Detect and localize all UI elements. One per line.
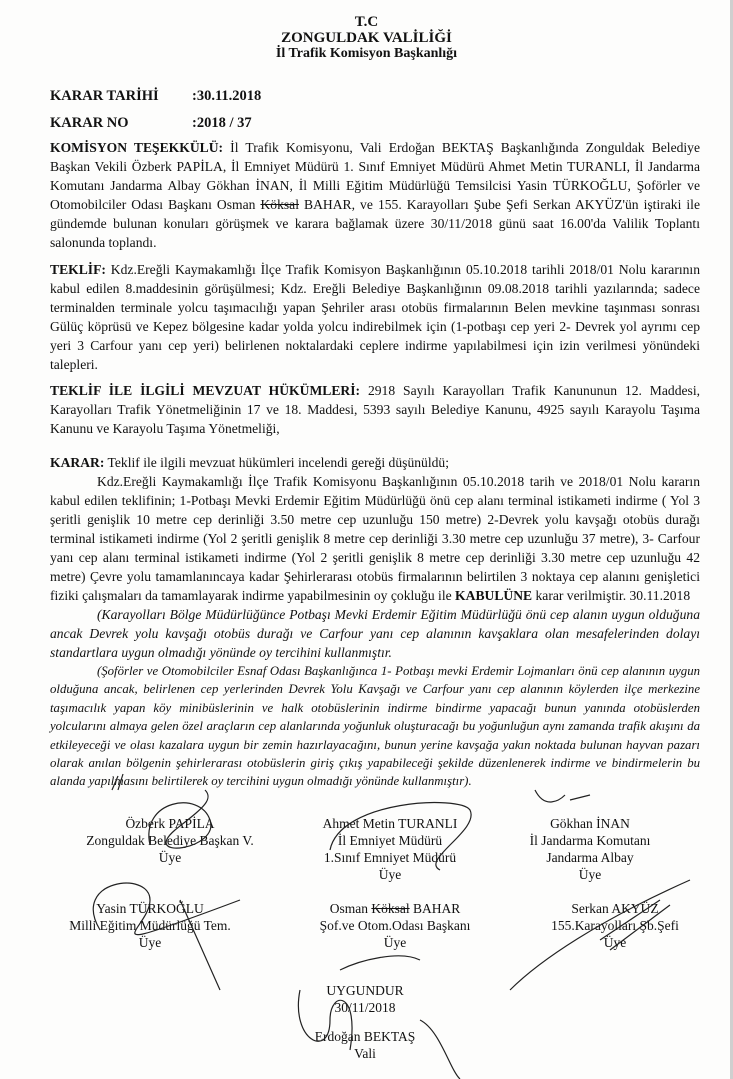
signature-block-turanli: Ahmet Metin TURANLI İl Emniyet Müdürü 1.…	[300, 815, 480, 883]
decision-date-label: KARAR TARİHİ	[50, 88, 192, 105]
legislation-section: TEKLİF İLE İLGİLİ MEVZUAT HÜKÜMLERİ: 291…	[50, 381, 700, 438]
decision-label: KARAR:	[50, 455, 104, 470]
signature-block-inan: Gökhan İNAN İl Jandarma Komutanı Jandarm…	[505, 815, 675, 883]
header-tc: T.C	[0, 14, 733, 31]
decision-number: KARAR NO:2018 / 37	[50, 115, 252, 132]
decision-body-text: Kdz.Ereğli Kaymakamlığı İlçe Trafik Komi…	[50, 474, 700, 603]
struck-name: Köksal	[371, 901, 409, 916]
dissent-note-highways: (Karayolları Bölge Müdürlüğünce Potbaşı …	[50, 605, 700, 662]
signature-block-akyuz: Serkan AKYÜZ 155.Karayolları Şb.Şefi Üye	[530, 900, 700, 951]
signer-name: Ahmet Metin TURANLI	[300, 815, 480, 832]
signer-role: Üye	[530, 934, 700, 951]
signer-name: Özberk PAPİLA	[70, 815, 270, 832]
header-governorship: ZONGULDAK VALİLİĞİ	[0, 30, 733, 47]
governor-title: Vali	[290, 1045, 440, 1062]
signature-block-turkoglu: Yasin TÜRKOĞLU Milli Eğitim Müdürlüğü Te…	[45, 900, 255, 951]
signature-block-bahar: Osman Köksal BAHAR Şof.ve Otom.Odası Baş…	[300, 900, 490, 951]
commission-section: KOMİSYON TEŞEKKÜLÜ: İl Trafik Komisyonu,…	[50, 138, 700, 252]
accepted-label: KABULÜNE	[455, 588, 532, 603]
signer-title: Milli Eğitim Müdürlüğü Tem.	[45, 917, 255, 934]
signer-role: Üye	[70, 849, 270, 866]
signer-name: Yasin TÜRKOĞLU	[45, 900, 255, 917]
signer-title: 155.Karayolları Şb.Şefi	[530, 917, 700, 934]
dissent-note-drivers: (Şoförler ve Otomobilciler Esnaf Odası B…	[50, 662, 700, 791]
proposal-section: TEKLİF: Kdz.Ereğli Kaymakamlığı İlçe Tra…	[50, 260, 700, 374]
legislation-label: TEKLİF İLE İLGİLİ MEVZUAT HÜKÜMLERİ:	[50, 383, 360, 398]
decision-body-end: karar verilmiştir. 30.11.2018	[532, 588, 690, 603]
governor-name: Erdoğan BEKTAŞ	[290, 1028, 440, 1045]
approval-block: UYGUNDUR 30/11/2018 Erdoğan BEKTAŞ Vali	[290, 982, 440, 1062]
signer-title: Zonguldak Belediye Başkan V.	[70, 832, 270, 849]
signer-title: İl Jandarma Komutanı	[505, 832, 675, 849]
signer-name: Serkan AKYÜZ	[530, 900, 700, 917]
approval-status: UYGUNDUR	[290, 982, 440, 999]
signer-title: İl Emniyet Müdürü	[300, 832, 480, 849]
proposal-label: TEKLİF:	[50, 262, 106, 277]
decision-number-value: :2018 / 37	[192, 115, 252, 131]
signer-title-2: 1.Sınıf Emniyet Müdürü	[300, 849, 480, 866]
decision-date-value: :30.11.2018	[192, 88, 261, 104]
decision-body: Kdz.Ereğli Kaymakamlığı İlçe Trafik Komi…	[50, 472, 700, 605]
decision-intro-text: Teklif ile ilgili mevzuat hükümleri ince…	[104, 455, 449, 470]
document-page: T.C ZONGULDAK VALİLİĞİ İl Trafik Komisyo…	[0, 0, 733, 1079]
decision-date: KARAR TARİHİ:30.11.2018	[50, 88, 261, 105]
decision-section: KARAR: Teklif ile ilgili mevzuat hükümle…	[50, 453, 700, 791]
header-commission: İl Trafik Komisyon Başkanlığı	[0, 46, 733, 62]
signer-name-first: Osman	[330, 901, 372, 916]
proposal-text: Kdz.Ereğli Kaymakamlığı İlçe Trafik Komi…	[50, 262, 700, 372]
signer-role: Üye	[300, 866, 480, 883]
signer-title: Şof.ve Otom.Odası Başkanı	[300, 917, 490, 934]
signer-role: Üye	[45, 934, 255, 951]
struck-name: Köksal	[260, 197, 299, 212]
signer-role: Üye	[300, 934, 490, 951]
signature-block-papila: Özberk PAPİLA Zonguldak Belediye Başkan …	[70, 815, 270, 866]
signer-name: Gökhan İNAN	[505, 815, 675, 832]
signer-name: Osman Köksal BAHAR	[300, 900, 490, 917]
decision-number-label: KARAR NO	[50, 115, 192, 132]
approval-date: 30/11/2018	[290, 999, 440, 1016]
decision-intro: KARAR: Teklif ile ilgili mevzuat hükümle…	[50, 453, 700, 472]
signer-title-2: Jandarma Albay	[505, 849, 675, 866]
commission-label: KOMİSYON TEŞEKKÜLÜ:	[50, 140, 223, 155]
signer-role: Üye	[505, 866, 675, 883]
signer-name-last: BAHAR	[410, 901, 461, 916]
